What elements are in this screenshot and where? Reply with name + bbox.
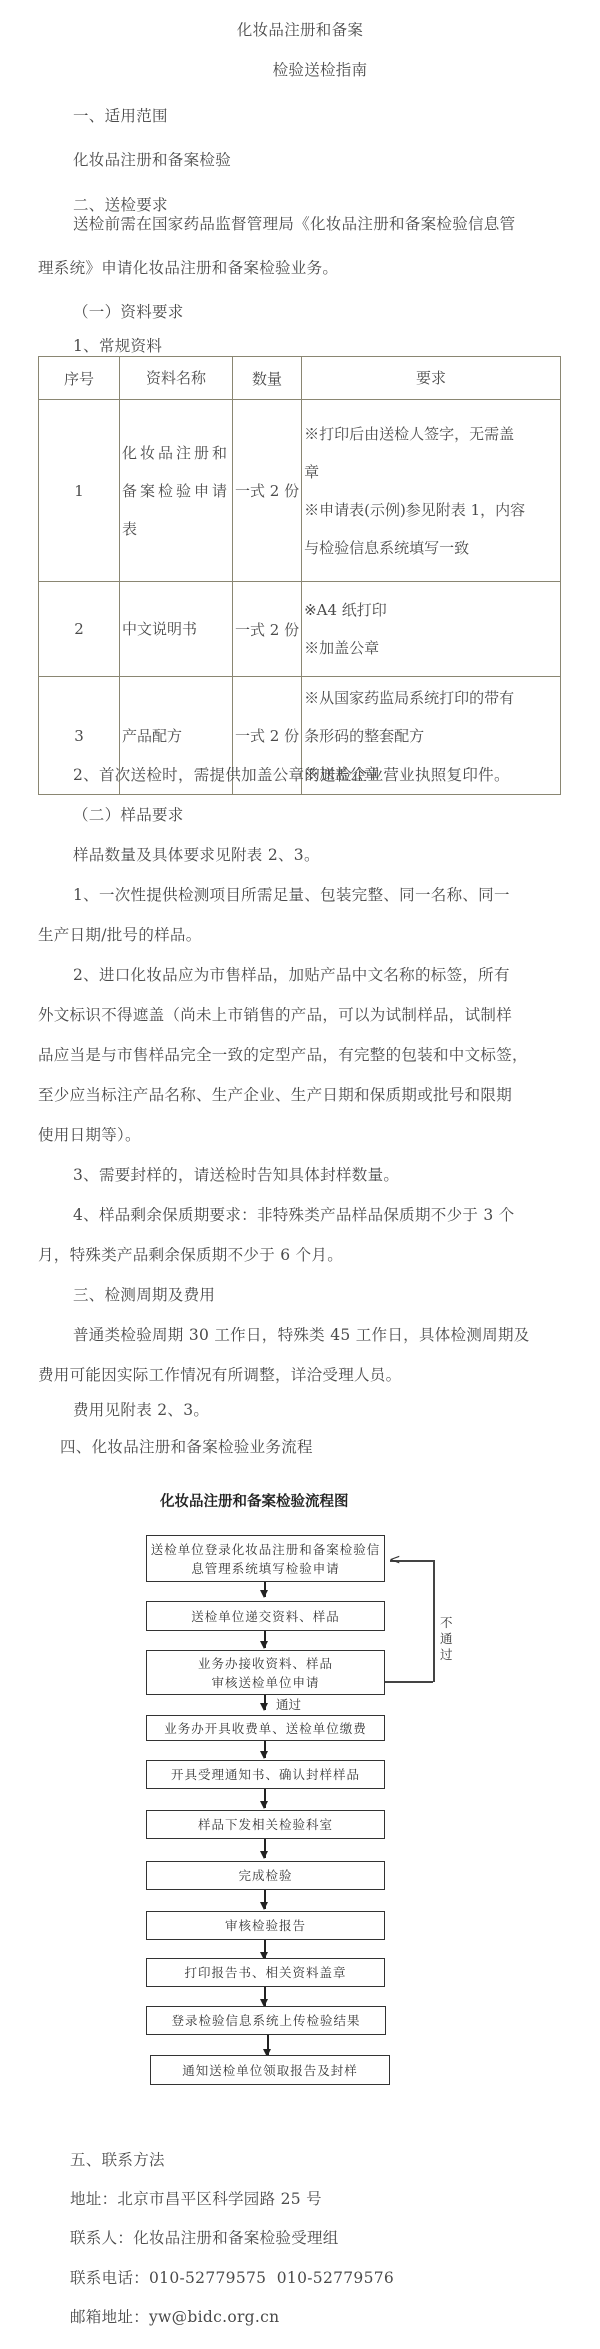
- arrow-down-icon: [264, 1789, 266, 1808]
- contact-address: 地址：北京市昌平区科学园路 25 号: [70, 2189, 322, 2209]
- flow-step-9: 打印报告书、相关资料盖章: [146, 1958, 385, 1987]
- samples-p4-line2: 月，特殊类产品剩余保质期不少于 6 个月。: [38, 1245, 343, 1265]
- flow-step-7: 完成检验: [146, 1861, 385, 1890]
- arrow-down-icon: [264, 1987, 266, 2006]
- section-5-heading: 五、联系方法: [70, 2150, 165, 2170]
- section-2-intro-line1: 送检前需在国家药品监督管理局《化妆品注册和备案检验信息管: [73, 214, 515, 234]
- flow-step-6: 样品下发相关检验科室: [146, 1810, 385, 1839]
- row-qty: 一式 2 份: [233, 582, 302, 677]
- req-line: ※加盖公章: [304, 629, 558, 667]
- col-header-req: 要求: [302, 357, 561, 400]
- req-line: ※申请表(示例)参见附表 1，内容: [304, 491, 558, 529]
- samples-p2-line5: 使用日期等）。: [38, 1125, 141, 1145]
- section-3-p2: 费用见附表 2、3。: [73, 1400, 209, 1420]
- req-line: ※打印后由送检人签字，无需盖: [304, 415, 558, 453]
- section-4-heading: 四、化妆品注册和备案检验业务流程: [60, 1437, 313, 1457]
- arrow-down-icon: [264, 1890, 266, 1909]
- flow-step-4: 业务办开具收费单、送检单位缴费: [146, 1715, 385, 1741]
- col-header-name: 资料名称: [120, 357, 233, 400]
- flow-step-11: 通知送检单位领取报告及封样: [150, 2055, 390, 2085]
- arrow-down-icon: [264, 1940, 266, 1959]
- samples-p1-line1: 1、一次性提供检测项目所需足量、包装完整、同一名称、同一: [73, 885, 510, 905]
- section-3-p1-line1: 普通类检验周期 30 工作日，特殊类 45 工作日，具体检测周期及: [73, 1325, 530, 1345]
- materials-table: 序号 资料名称 数量 要求 1 化妆品注册和备案检验申请表 一式 2 份 ※打印…: [38, 356, 561, 795]
- samples-p4-line1: 4、样品剩余保质期要求：非特殊类产品样品保质期不少于 3 个: [73, 1205, 515, 1225]
- materials-item-2: 2、首次送检时，需提供加盖公章的送检企业营业执照复印件。: [73, 765, 510, 785]
- table-row: 2 中文说明书 一式 2 份 ※A4 纸打印 ※加盖公章: [39, 582, 561, 677]
- col-header-qty: 数量: [233, 357, 302, 400]
- flow-step-3: 业务办接收资料、样品 审核送检单位申请: [146, 1650, 385, 1695]
- row-qty: 一式 2 份: [233, 400, 302, 582]
- arrow-down-icon: [267, 2035, 269, 2056]
- materials-item-1: 1、常规资料: [73, 336, 162, 356]
- row-req: ※打印后由送检人签字，无需盖 章 ※申请表(示例)参见附表 1，内容 与检验信息…: [302, 400, 561, 582]
- section-2-intro-line2: 理系统》申请化妆品注册和备案检验业务。: [38, 258, 338, 278]
- pass-label: 通过: [276, 1695, 301, 1713]
- flowchart-title: 化妆品注册和备案检验流程图: [160, 1490, 349, 1511]
- arrow-down-icon: [264, 1741, 266, 1758]
- doc-title-line1: 化妆品注册和备案: [0, 20, 600, 40]
- row-no: 2: [39, 582, 120, 677]
- samples-p2-line2: 外文标识不得遮盖（尚未上市销售的产品，可以为试制样品，试制样: [38, 1005, 512, 1025]
- arrow-down-icon: [264, 1839, 266, 1858]
- section-1-body: 化妆品注册和备案检验: [73, 150, 231, 170]
- samples-p2-line1: 2、进口化妆品应为市售样品，加贴产品中文名称的标签，所有: [73, 965, 510, 985]
- flow-step-8: 审核检验报告: [146, 1911, 385, 1940]
- col-header-no: 序号: [39, 357, 120, 400]
- row-name: 化妆品注册和备案检验申请表: [120, 400, 233, 582]
- arrow-down-icon: [264, 1582, 266, 1597]
- row-no: 1: [39, 400, 120, 582]
- arrow-down-icon: [264, 1631, 266, 1648]
- table-row: 1 化妆品注册和备案检验申请表 一式 2 份 ※打印后由送检人签字，无需盖 章 …: [39, 400, 561, 582]
- samples-p1-line2: 生产日期/批号的样品。: [38, 925, 202, 945]
- fail-loop-line: [385, 1681, 433, 1683]
- section-1-heading: 一、适用范围: [73, 106, 168, 126]
- samples-p2-line4: 至少应当标注产品名称、生产企业、生产日期和保质期或批号和限期: [38, 1085, 512, 1105]
- row-req: ※A4 纸打印 ※加盖公章: [302, 582, 561, 677]
- fail-label: 不通过: [440, 1615, 454, 1663]
- samples-p3: 3、需要封样的，请送检时告知具体封样数量。: [73, 1165, 399, 1185]
- req-line: 章: [304, 453, 558, 491]
- flow-step-5: 开具受理通知书、确认封样样品: [146, 1760, 385, 1789]
- fail-loop-line: [433, 1560, 435, 1682]
- section-2-heading: 二、送检要求: [73, 195, 168, 215]
- flow-step-10: 登录检验信息系统上传检验结果: [146, 2006, 386, 2035]
- subsection-materials-heading: （一）资料要求: [73, 302, 184, 322]
- section-3-heading: 三、检测周期及费用: [73, 1285, 215, 1305]
- flow-step-1: 送检单位登录化妆品注册和备案检验信息管理系统填写检验申请: [146, 1535, 385, 1582]
- table-header-row: 序号 资料名称 数量 要求: [39, 357, 561, 400]
- subsection-samples-heading: （二）样品要求: [73, 805, 184, 825]
- section-3-p1-line2: 费用可能因实际工作情况有所调整，详洽受理人员。: [38, 1365, 401, 1385]
- samples-intro: 样品数量及具体要求见附表 2、3。: [73, 845, 320, 865]
- arrow-down-icon: [264, 1695, 266, 1710]
- samples-p2-line3: 品应当是与市售样品完全一致的定型产品，有完整的包装和中文标签，: [38, 1045, 528, 1065]
- req-line: 与检验信息系统填写一致: [304, 529, 558, 567]
- row-name: 中文说明书: [120, 582, 233, 677]
- contact-phone: 联系电话：010-52779575 010-52779576: [70, 2268, 394, 2288]
- req-line: ※从国家药监局系统打印的带有: [304, 679, 558, 717]
- arrow-left-icon: <: [389, 1552, 401, 1568]
- flow-step-2: 送检单位递交资料、样品: [146, 1601, 385, 1631]
- doc-title-line2: 检验送检指南: [20, 60, 600, 80]
- req-line: ※A4 纸打印: [304, 591, 558, 629]
- contact-person: 联系人：化妆品注册和备案检验受理组: [70, 2228, 339, 2248]
- contact-email[interactable]: 邮箱地址：yw@bidc.org.cn: [70, 2307, 279, 2327]
- req-line: 条形码的整套配方: [304, 717, 558, 755]
